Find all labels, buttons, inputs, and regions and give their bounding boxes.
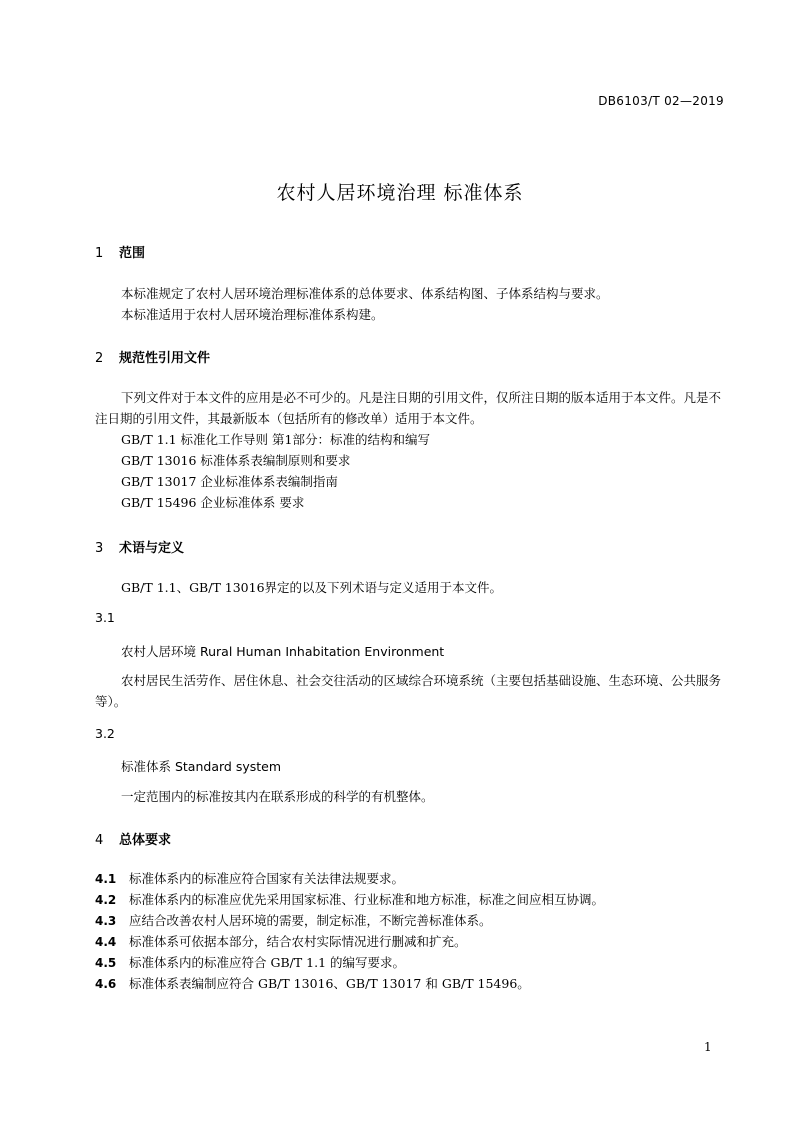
requirement-number: 4.2 bbox=[95, 893, 129, 907]
section-1-paragraph-2: 本标准适用于农村人居环境治理标准体系构建。 bbox=[95, 304, 723, 325]
requirement-number: 4.6 bbox=[95, 977, 129, 991]
section-number: 2 bbox=[95, 351, 119, 366]
reference-item: GB/T 13017 企业标准体系表编制指南 bbox=[121, 471, 338, 492]
reference-item: GB/T 13016 标准体系表编制原则和要求 bbox=[121, 450, 350, 471]
requirement-number: 4.4 bbox=[95, 935, 129, 949]
requirement-text: 应结合改善农村人居环境的需要，制定标准，不断完善标准体系。 bbox=[129, 913, 492, 928]
document-page: DB6103/T 02—2019 农村人居环境治理 标准体系 1范围 本标准规定… bbox=[0, 0, 800, 1132]
requirement-item: 4.1标准体系内的标准应符合国家有关法律法规要求。 bbox=[95, 869, 404, 887]
section-3-paragraph: GB/T 1.1、GB/T 13016界定的以及下列术语与定义适用于本文件。 bbox=[95, 577, 723, 598]
term-number: 3.2 bbox=[95, 726, 115, 741]
section-title: 总体要求 bbox=[119, 833, 171, 848]
section-number: 1 bbox=[95, 246, 119, 261]
requirement-item: 4.6标准体系表编制应符合 GB/T 13016、GB/T 13017 和 GB… bbox=[95, 974, 530, 992]
requirement-item: 4.5标准体系内的标准应符合 GB/T 1.1 的编写要求。 bbox=[95, 953, 405, 971]
section-title: 规范性引用文件 bbox=[119, 351, 210, 366]
section-title: 范围 bbox=[119, 246, 145, 261]
requirement-item: 4.4标准体系可依据本部分，结合农村实际情况进行删减和扩充。 bbox=[95, 932, 467, 950]
requirement-text: 标准体系可依据本部分，结合农村实际情况进行删减和扩充。 bbox=[129, 934, 467, 949]
section-title: 术语与定义 bbox=[119, 541, 184, 556]
requirement-text: 标准体系内的标准应优先采用国家标准、行业标准和地方标准，标准之间应相互协调。 bbox=[129, 892, 604, 907]
reference-item: GB/T 1.1 标准化工作导则 第1部分：标准的结构和编写 bbox=[121, 429, 430, 450]
requirement-text: 标准体系内的标准应符合国家有关法律法规要求。 bbox=[129, 871, 404, 886]
term-number: 3.1 bbox=[95, 610, 115, 625]
term-definition: 一定范围内的标准按其内在联系形成的科学的有机整体。 bbox=[95, 786, 723, 807]
section-number: 3 bbox=[95, 541, 119, 556]
section-2-paragraph: 下列文件对于本文件的应用是必不可少的。凡是注日期的引用文件，仅所注日期的版本适用… bbox=[95, 387, 723, 429]
section-1-paragraph-1: 本标准规定了农村人居环境治理标准体系的总体要求、体系结构图、子体系结构与要求。 bbox=[95, 283, 723, 304]
requirement-item: 4.2标准体系内的标准应优先采用国家标准、行业标准和地方标准，标准之间应相互协调… bbox=[95, 890, 604, 908]
term-title: 农村人居环境 Rural Human Inhabitation Environm… bbox=[121, 642, 444, 660]
requirement-number: 4.5 bbox=[95, 956, 129, 970]
reference-item: GB/T 15496 企业标准体系 要求 bbox=[121, 492, 304, 513]
requirement-number: 4.1 bbox=[95, 872, 129, 886]
term-definition: 农村居民生活劳作、居住休息、社会交往活动的区域综合环境系统（主要包括基础设施、生… bbox=[95, 670, 723, 712]
section-number: 4 bbox=[95, 833, 119, 848]
section-2-heading: 2规范性引用文件 bbox=[95, 347, 210, 366]
section-1-heading: 1范围 bbox=[95, 242, 145, 261]
document-title: 农村人居环境治理 标准体系 bbox=[0, 178, 800, 205]
requirement-text: 标准体系内的标准应符合 GB/T 1.1 的编写要求。 bbox=[129, 955, 405, 970]
section-4-heading: 4总体要求 bbox=[95, 829, 171, 848]
page-number: 1 bbox=[704, 1040, 712, 1054]
document-code: DB6103/T 02—2019 bbox=[598, 94, 724, 108]
requirement-number: 4.3 bbox=[95, 914, 129, 928]
term-title: 标准体系 Standard system bbox=[121, 757, 281, 775]
requirement-text: 标准体系表编制应符合 GB/T 13016、GB/T 13017 和 GB/T … bbox=[129, 976, 530, 991]
section-3-heading: 3术语与定义 bbox=[95, 537, 184, 556]
requirement-item: 4.3应结合改善农村人居环境的需要，制定标准，不断完善标准体系。 bbox=[95, 911, 492, 929]
